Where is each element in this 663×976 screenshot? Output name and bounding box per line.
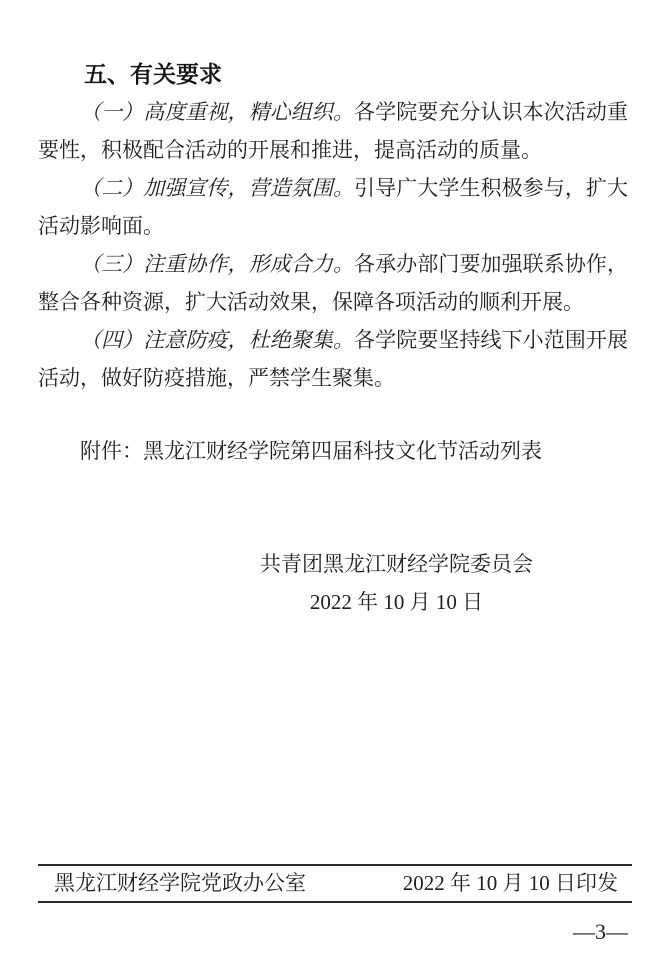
section-heading: 五、有关要求 — [38, 55, 628, 93]
signature-block: 共青团黑龙江财经学院委员会 2022 年 10 月 10 日 — [38, 545, 628, 621]
colophon-bar: 黑龙江财经学院党政办公室 2022 年 10 月 10 日印发 — [38, 864, 632, 903]
signature-date: 2022 年 10 月 10 日 — [260, 583, 533, 621]
paragraph-lead: （一）高度重视，精心组织。 — [80, 100, 354, 124]
paragraph-lead: （四）注意防疫，杜绝聚集。 — [80, 328, 354, 352]
paragraph-lead: （三）注重协作，形成合力。 — [80, 252, 354, 276]
page-number: —3— — [573, 919, 628, 945]
signature-inner: 共青团黑龙江财经学院委员会 2022 年 10 月 10 日 — [260, 545, 533, 621]
colophon-issuer: 黑龙江财经学院党政办公室 — [38, 866, 306, 901]
document-page: 五、有关要求 （一）高度重视，精心组织。各学院要充分认识本次活动重要性，积极配合… — [0, 0, 663, 976]
colophon-print-date: 2022 年 10 月 10 日印发 — [403, 866, 632, 901]
document-body: 五、有关要求 （一）高度重视，精心组织。各学院要充分认识本次活动重要性，积极配合… — [38, 55, 628, 621]
paragraph: （四）注意防疫，杜绝聚集。各学院要坚持线下小范围开展活动，做好防疫措施，严禁学生… — [38, 321, 628, 397]
attachment-line: 附件：黑龙江财经学院第四届科技文化节活动列表 — [38, 432, 628, 470]
paragraph: （二）加强宣传，营造氛围。引导广大学生积极参与，扩大活动影响面。 — [38, 169, 628, 245]
paragraph: （一）高度重视，精心组织。各学院要充分认识本次活动重要性，积极配合活动的开展和推… — [38, 93, 628, 169]
paragraph-list: （一）高度重视，精心组织。各学院要充分认识本次活动重要性，积极配合活动的开展和推… — [38, 93, 628, 397]
paragraph-lead: （二）加强宣传，营造氛围。 — [80, 176, 354, 200]
signature-organization: 共青团黑龙江财经学院委员会 — [260, 545, 533, 583]
paragraph: （三）注重协作，形成合力。各承办部门要加强联系协作，整合各种资源，扩大活动效果，… — [38, 245, 628, 321]
